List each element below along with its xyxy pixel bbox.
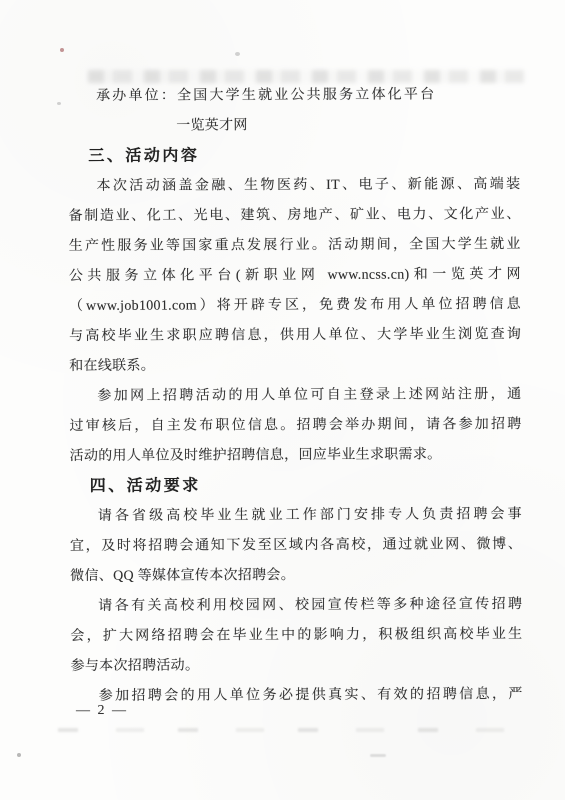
- body-line: （www.job1001.com）将开辟专区，免费发布用人单位招聘信息: [69, 290, 521, 322]
- body-line: 参与本次招聘活动。: [70, 650, 522, 682]
- body-line: 和在线联系。: [69, 350, 521, 382]
- body-line: 公共服务立体化平台(新职业网 www.ncss.cn)和一览英才网: [69, 260, 521, 292]
- body-line: 宜，及时将招聘会通知下发至区域内各高校，通过就业网、微博、: [70, 530, 522, 562]
- body-line: 活动的用人单位及时维护招聘信息，回应毕业生求职需求。: [70, 440, 522, 472]
- body-line: 微信、QQ 等媒体宣传本次招聘会。: [70, 560, 522, 592]
- page-number: — 2 —: [76, 703, 128, 719]
- body-line: 请各省级高校毕业生就业工作部门安排专人负责招聘会事: [70, 500, 522, 532]
- body-line: 参加招聘会的用人单位务必提供真实、有效的招聘信息，严: [71, 680, 523, 712]
- body-line: 与高校毕业生求职应聘信息，供用人单位、大学毕业生浏览查询: [69, 320, 521, 352]
- body-line: 会，扩大网络招聘会在毕业生中的影响力，积极组织高校毕业生: [70, 620, 522, 652]
- body-line: 过审核后，自主发布职位信息。招聘会举办期间，请各参加招聘: [69, 410, 521, 442]
- section-heading-3: 三、活动内容: [68, 140, 520, 172]
- section-heading-4: 四、活动要求: [70, 470, 522, 502]
- scanned-document-page: 承办单位：全国大学生就业公共服务立体化平台 一览英才网 三、活动内容 本次活动涵…: [0, 0, 565, 800]
- scan-speck: [17, 753, 21, 757]
- scan-speck: [235, 52, 240, 56]
- body-line: 生产性服务业等国家重点发展行业。活动期间，全国大学生就业: [69, 230, 521, 262]
- scan-speck: [57, 102, 61, 105]
- document-body: 承办单位：全国大学生就业公共服务立体化平台 一览英才网 三、活动内容 本次活动涵…: [68, 80, 523, 712]
- scan-speck: [370, 754, 386, 757]
- scan-smudge-row: [58, 728, 520, 732]
- body-line: 请各有关高校利用校园网、校园宣传栏等多种途径宣传招聘: [70, 590, 522, 622]
- organizer-line-2: 一览英才网: [68, 110, 520, 142]
- body-line: 本次活动涵盖金融、生物医药、IT、电子、新能源、高端装: [68, 170, 520, 202]
- organizer-line: 承办单位：全国大学生就业公共服务立体化平台: [68, 80, 520, 112]
- scan-speck: [60, 48, 64, 52]
- body-line: 备制造业、化工、光电、建筑、房地产、矿业、电力、文化产业、: [69, 200, 521, 232]
- body-line: 参加网上招聘活动的用人单位可自主登录上述网站注册，通: [69, 380, 521, 412]
